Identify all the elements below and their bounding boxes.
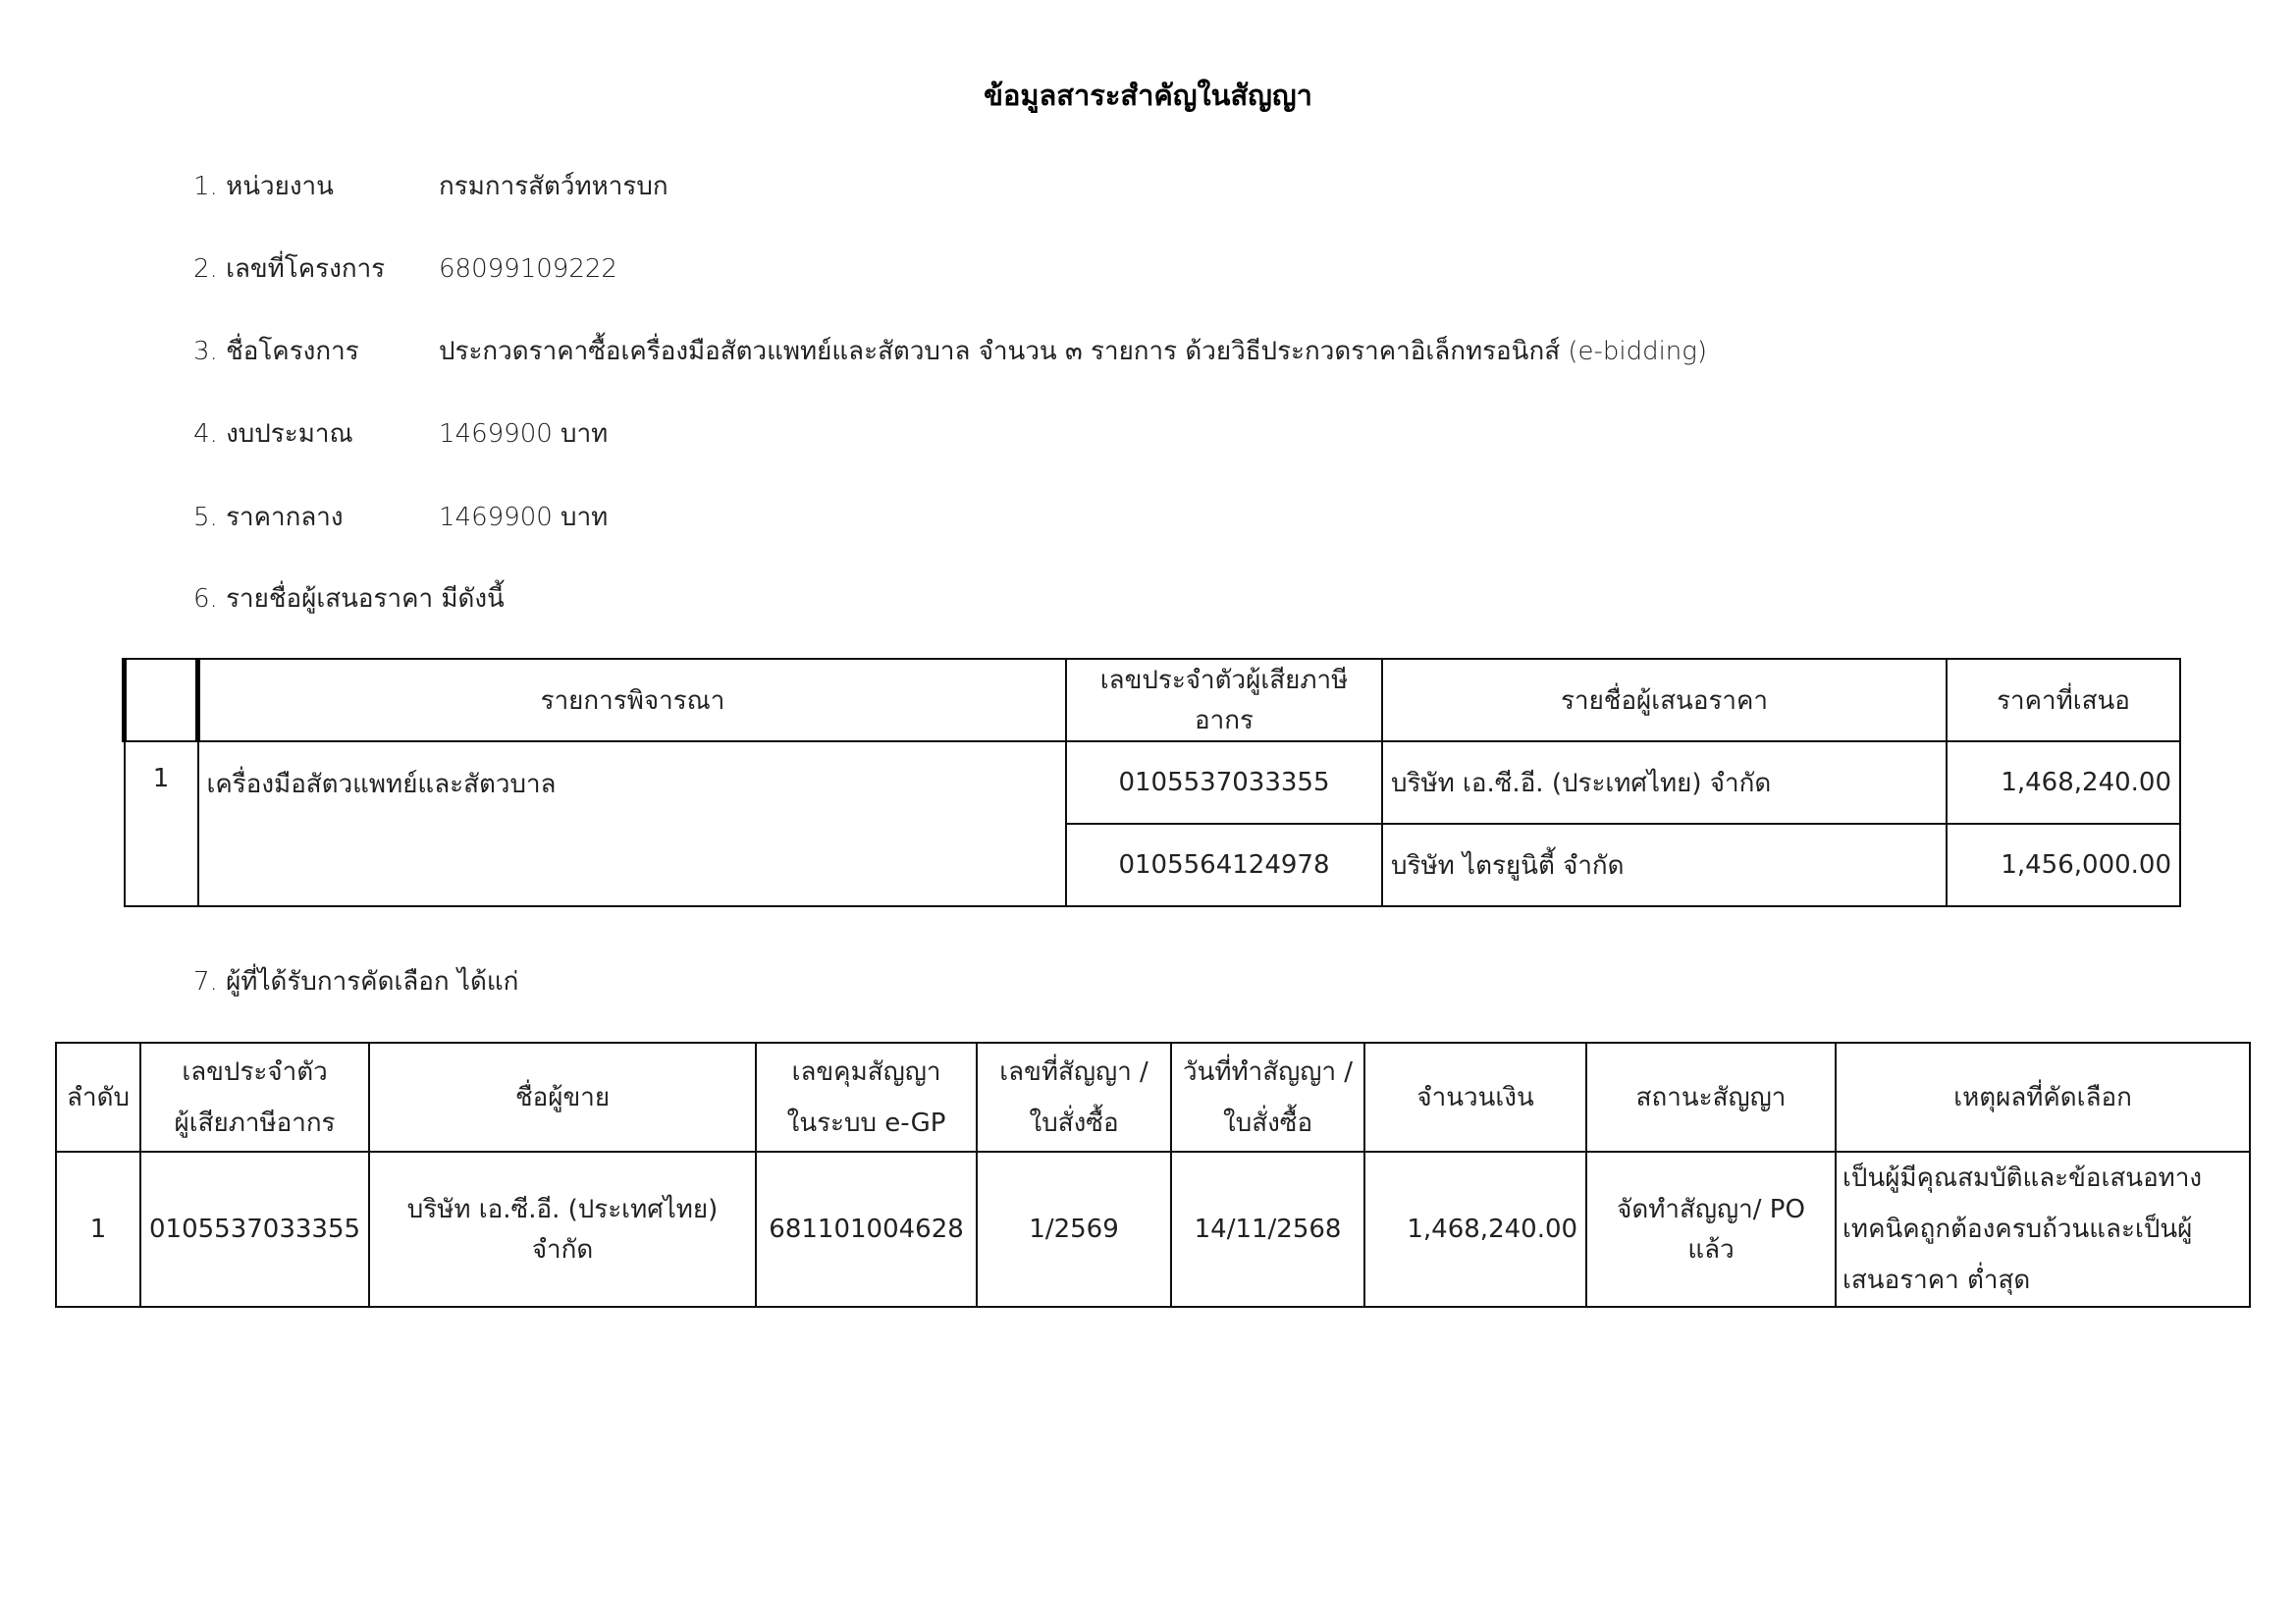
tax-id-cell: 0105537033355	[1066, 741, 1382, 824]
document-title: ข้อมูลสาระสำคัญในสัญญา	[0, 73, 2296, 118]
column-header-seller: ชื่อผู้ขาย	[369, 1043, 756, 1152]
column-header-amount: จำนวนเงิน	[1364, 1043, 1586, 1152]
item-budget: 4. งบประมาณ1469900 บาท	[193, 413, 608, 454]
table-row: 1 0105537033355 บริษัท เอ.ซี.อี. (ประเทศ…	[56, 1152, 2250, 1307]
column-header-contract-no: เลขที่สัญญา /ใบสั่งซื้อ	[977, 1043, 1171, 1152]
table-row: 1 เครื่องมือสัตวแพทย์และสัตวบาล 01055370…	[125, 741, 2181, 824]
item-value: 1469900 บาท	[439, 497, 608, 537]
item-value: กรมการสัตว์ทหารบก	[439, 166, 668, 206]
column-header: ราคาที่เสนอ	[1947, 659, 2180, 741]
item-label: 5. ราคากลาง	[193, 497, 439, 537]
column-header-egp-no: เลขคุมสัญญาในระบบ e-GP	[756, 1043, 977, 1152]
column-header-no: ลำดับ	[56, 1043, 140, 1152]
bidder-name-cell: บริษัท เอ.ซี.อี. (ประเทศไทย) จำกัด	[1382, 741, 1947, 824]
column-header	[125, 659, 198, 741]
price-cell: 1,456,000.00	[1947, 824, 2180, 906]
reason-cell: เป็นผู้มีคุณสมบัติและข้อเสนอทางเทคนิคถูก…	[1836, 1152, 2250, 1307]
item-label: 3. ชื่อโครงการ	[193, 331, 439, 371]
row-number: 1	[56, 1152, 140, 1307]
column-header: รายการพิจารณา	[198, 659, 1067, 741]
table-header-row: รายการพิจารณา เลขประจำตัวผู้เสียภาษีอากร…	[125, 659, 2181, 741]
item-project-number: 2. เลขที่โครงการ68099109222	[193, 248, 617, 289]
contract-number-cell: 1/2569	[977, 1152, 1171, 1307]
price-cell: 1,468,240.00	[1947, 741, 2180, 824]
item-bidders-heading: 6. รายชื่อผู้เสนอราคา มีดังนี้	[193, 578, 505, 619]
bidders-table: รายการพิจารณา เลขประจำตัวผู้เสียภาษีอากร…	[122, 658, 2181, 907]
column-header-contract-date: วันที่ทำสัญญา /ใบสั่งซื้อ	[1171, 1043, 1364, 1152]
item-value: ประกวดราคาซื้อเครื่องมือสัตวแพทย์และสัตว…	[439, 331, 1707, 371]
column-header-status: สถานะสัญญา	[1586, 1043, 1836, 1152]
item-agency: 1. หน่วยงานกรมการสัตว์ทหารบก	[193, 166, 668, 206]
column-header-reason: เหตุผลที่คัดเลือก	[1836, 1043, 2250, 1152]
item-project-name: 3. ชื่อโครงการประกวดราคาซื้อเครื่องมือสั…	[193, 331, 1707, 371]
item-cell: เครื่องมือสัตวแพทย์และสัตวบาล	[198, 741, 1067, 906]
status-cell: จัดทำสัญญา/ PO แล้ว	[1586, 1152, 1836, 1307]
section-winner-heading: 7. ผู้ที่ได้รับการคัดเลือก ได้แก่	[193, 961, 518, 1001]
item-value: 1469900 บาท	[439, 413, 608, 454]
winner-table: ลำดับ เลขประจำตัวผู้เสียภาษีอากร ชื่อผู้…	[55, 1042, 2251, 1308]
tax-id-cell: 0105564124978	[1066, 824, 1382, 906]
tax-id-cell: 0105537033355	[140, 1152, 369, 1307]
row-index: 1	[125, 741, 198, 906]
column-header-tax-id: เลขประจำตัวผู้เสียภาษีอากร	[140, 1043, 369, 1152]
item-label: 1. หน่วยงาน	[193, 166, 439, 206]
table-header-row: ลำดับ เลขประจำตัวผู้เสียภาษีอากร ชื่อผู้…	[56, 1043, 2250, 1152]
item-label: 7. ผู้ที่ได้รับการคัดเลือก ได้แก่	[193, 967, 518, 997]
seller-cell: บริษัท เอ.ซี.อี. (ประเทศไทย) จำกัด	[369, 1152, 756, 1307]
column-header: รายชื่อผู้เสนอราคา	[1382, 659, 1947, 741]
column-header: เลขประจำตัวผู้เสียภาษีอากร	[1066, 659, 1382, 741]
item-label: 4. งบประมาณ	[193, 413, 439, 454]
item-label: 6. รายชื่อผู้เสนอราคา มีดังนี้	[193, 584, 505, 614]
contract-date-cell: 14/11/2568	[1171, 1152, 1364, 1307]
item-median-price: 5. ราคากลาง1469900 บาท	[193, 497, 608, 537]
item-label: 2. เลขที่โครงการ	[193, 248, 439, 289]
bidder-name-cell: บริษัท ไตรยูนิตี้ จำกัด	[1382, 824, 1947, 906]
item-value: 68099109222	[439, 254, 617, 284]
egp-number-cell: 681101004628	[756, 1152, 977, 1307]
amount-cell: 1,468,240.00	[1364, 1152, 1586, 1307]
